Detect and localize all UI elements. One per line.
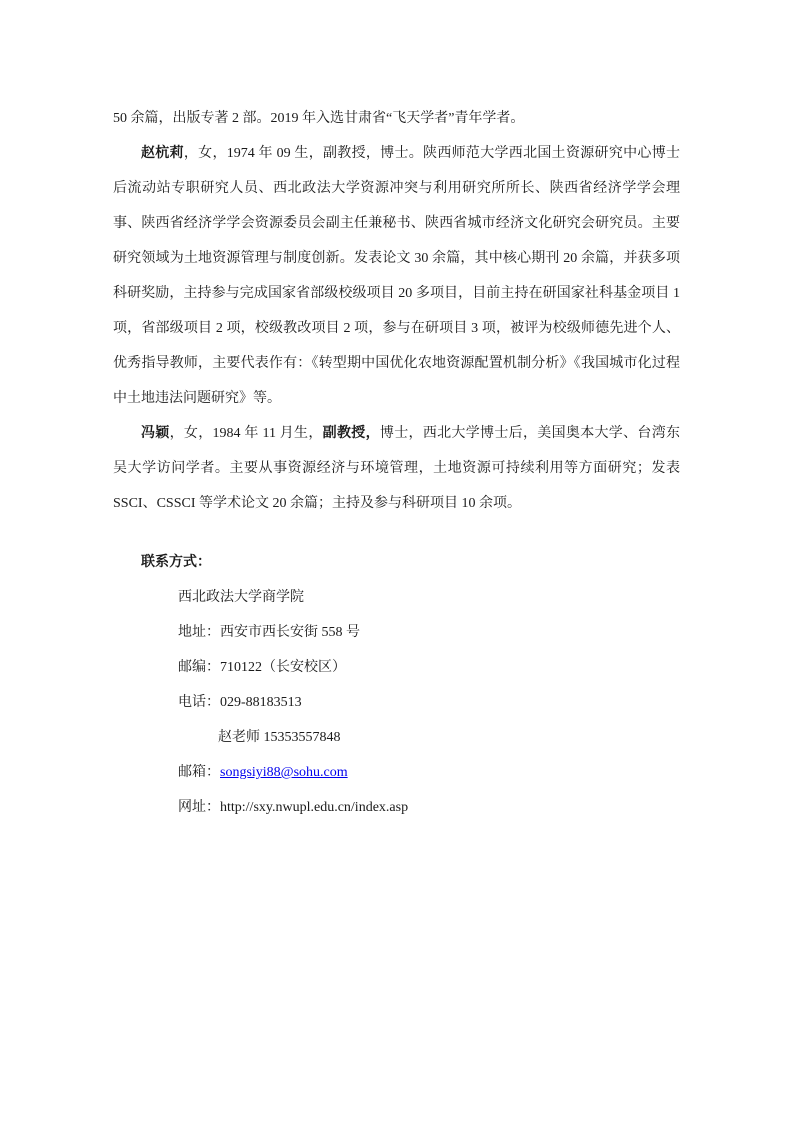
email-label: 邮箱：	[178, 765, 220, 780]
contact-phone: 电话：029-88183513	[178, 685, 680, 720]
bio-paragraph-feng: 冯颖，女，1984 年 11 月生，副教授，博士，西北大学博士后，美国奥本大学、…	[113, 416, 680, 521]
bio-feng-title: 副教授，	[323, 426, 380, 441]
phone-label: 电话：	[178, 695, 220, 710]
intro-line: 50 余篇，出版专著 2 部。2019 年入选甘肃省“飞天学者”青年学者。	[113, 101, 680, 136]
contact-section: 联系方式： 西北政法大学商学院 地址：西安市西长安街 558 号 邮编：7101…	[113, 545, 680, 825]
document-content: 50 余篇，出版专著 2 部。2019 年入选甘肃省“飞天学者”青年学者。 赵杭…	[113, 101, 680, 825]
address-value: 西安市西长安街 558 号	[220, 625, 360, 640]
contact-org: 西北政法大学商学院	[178, 580, 680, 615]
contact-phone2: 赵老师 15353557848	[218, 720, 680, 755]
bio-paragraph-zhao: 赵杭莉，女，1974 年 09 生，副教授，博士。陕西师范大学西北国土资源研究中…	[113, 136, 680, 416]
contact-website: 网址：http://sxy.nwupl.edu.cn/index.asp	[178, 790, 680, 825]
website-value: http://sxy.nwupl.edu.cn/index.asp	[220, 800, 408, 815]
email-link[interactable]: songsiyi88@sohu.com	[220, 765, 348, 780]
document-page: 50 余篇，出版专著 2 部。2019 年入选甘肃省“飞天学者”青年学者。 赵杭…	[0, 0, 793, 1122]
phone-value: 029-88183513	[220, 695, 302, 710]
bio-zhao-text: ，女，1974 年 09 生，副教授，博士。陕西师范大学西北国土资源研究中心博士…	[113, 146, 680, 406]
person-name-zhao: 赵杭莉	[141, 146, 184, 161]
contact-postcode: 邮编：710122（长安校区）	[178, 650, 680, 685]
contact-email: 邮箱：songsiyi88@sohu.com	[178, 755, 680, 790]
postcode-value: 710122（长安校区）	[220, 660, 346, 675]
bio-feng-mid: ，女，1984 年 11 月生，	[170, 426, 323, 441]
person-name-feng: 冯颖	[141, 426, 170, 441]
website-label: 网址：	[178, 800, 220, 815]
address-label: 地址：	[178, 625, 220, 640]
contact-heading: 联系方式：	[141, 545, 680, 580]
contact-address: 地址：西安市西长安街 558 号	[178, 615, 680, 650]
postcode-label: 邮编：	[178, 660, 220, 675]
